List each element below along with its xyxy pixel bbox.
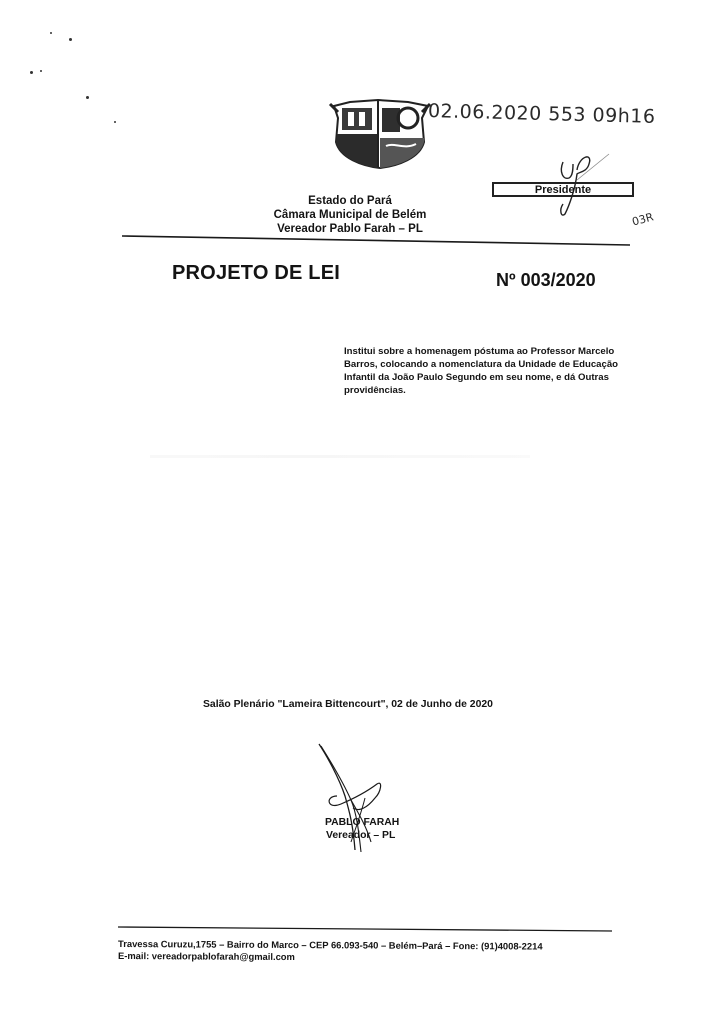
president-stamp: Presidente — [492, 182, 634, 197]
protocol-annotation: 02.06.2020 553 09h16 — [428, 100, 656, 128]
ementa: Institui sobre a homenagem póstuma ao Pr… — [344, 345, 634, 397]
signatory-name: PABLO FARAH — [325, 816, 399, 830]
scan-speck — [50, 32, 52, 34]
header-divider — [120, 233, 632, 249]
scan-speck — [30, 71, 33, 74]
signatory-role: Vereador – PL — [326, 830, 395, 841]
municipal-coat-of-arms-icon — [328, 98, 432, 170]
scan-speck — [86, 96, 89, 99]
footer-divider — [116, 924, 616, 934]
letterhead-chamber: Câmara Municipal de Belém — [200, 208, 500, 222]
scan-speck — [69, 38, 72, 41]
document-title: PROJETO DE LEI — [172, 262, 340, 285]
scan-speck — [114, 121, 116, 123]
initials-annotation: 03R — [631, 210, 655, 228]
letterhead-state: Estado do Pará — [200, 194, 500, 208]
scan-show-through — [150, 455, 530, 458]
footer: Travessa Curuzu,1755 – Bairro do Marco –… — [118, 938, 543, 965]
document-number: Nº 003/2020 — [496, 270, 596, 291]
scan-speck — [40, 70, 42, 72]
place-date: Salão Plenário "Lameira Bittencourt", 02… — [203, 699, 493, 710]
letterhead: Estado do Pará Câmara Municipal de Belém… — [200, 194, 500, 236]
